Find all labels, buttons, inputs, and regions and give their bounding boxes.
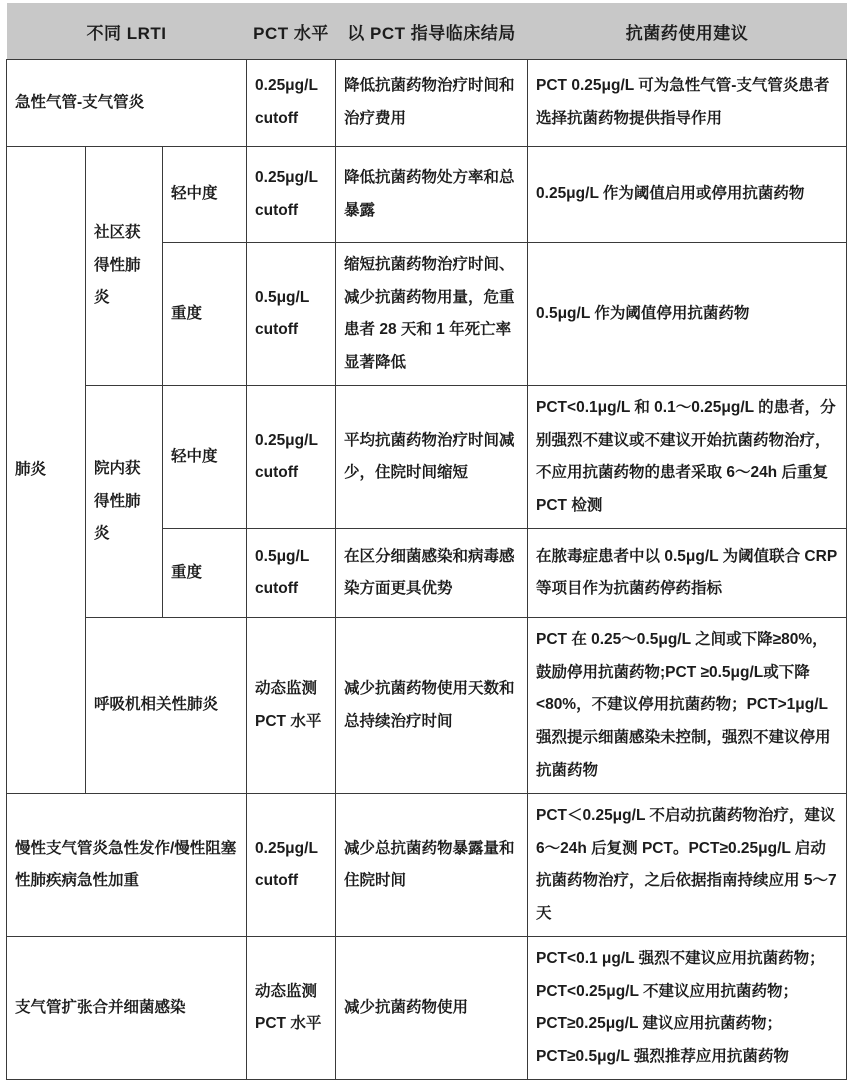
pct-lrti-table: 不同 LRTI PCT 水平 以 PCT 指导临床结局 抗菌药使用建议 急性气管… xyxy=(6,3,847,1000)
cell-chronic-advice: PCT＜0.25μg/L 不启动抗菌药物治疗，建议 6～24h 后复测 PCT。… xyxy=(528,794,847,937)
cell-acute-pct: 0.25μg/L cutoff xyxy=(247,60,336,147)
cell-pneumonia-group: 肺炎 xyxy=(7,147,86,794)
cell-hap-group: 院内获得性肺炎 xyxy=(86,386,163,618)
cell-vap-advice: PCT 在 0.25～0.5μg/L 之间或下降≥80%，鼓励停用抗菌药物;PC… xyxy=(528,618,847,794)
header-cell-outcome: 以 PCT 指导临床结局 xyxy=(336,3,528,60)
pct-guideline-sheet: 不同 LRTI PCT 水平 以 PCT 指导临床结局 抗菌药使用建议 急性气管… xyxy=(6,3,847,1000)
cell-cap-mild-severity: 轻中度 xyxy=(163,147,247,243)
cell-bronchiectasis-outcome: 减少抗菌药物使用 xyxy=(336,937,528,1000)
cell-hap-severe-severity: 重度 xyxy=(163,529,247,618)
cell-bronchiectasis-advice: PCT<0.1 μg/L 强烈不建议应用抗菌药物； PCT<0.25μg/L 不… xyxy=(528,937,847,1000)
header-cell-lrti: 不同 LRTI xyxy=(7,3,247,60)
cell-cap-mild-pct: 0.25μg/L cutoff xyxy=(247,147,336,243)
cell-hap-mild-pct: 0.25μg/L cutoff xyxy=(247,386,336,529)
cell-hap-mild-outcome: 平均抗菌药物治疗时间减少，住院时间缩短 xyxy=(336,386,528,529)
cell-hap-mild-severity: 轻中度 xyxy=(163,386,247,529)
header-cell-pct-level: PCT 水平 xyxy=(247,3,336,60)
cell-cap-mild-outcome: 降低抗菌药物处方率和总暴露 xyxy=(336,147,528,243)
cell-vap-pct: 动态监测 PCT 水平 xyxy=(247,618,336,794)
row-chronic-bronchitis: 慢性支气管炎急性发作/慢性阻塞性肺疾病急性加重 0.25μg/L cutoff … xyxy=(7,794,847,937)
cell-chronic-lrti: 慢性支气管炎急性发作/慢性阻塞性肺疾病急性加重 xyxy=(7,794,247,937)
cell-hap-severe-pct: 0.5μg/L cutoff xyxy=(247,529,336,618)
row-bronchiectasis: 支气管扩张合并细菌感染 动态监测 PCT 水平 减少抗菌药物使用 PCT<0.1… xyxy=(7,937,847,1000)
cell-hap-severe-outcome: 在区分细菌感染和病毒感染方面更具优势 xyxy=(336,529,528,618)
cell-cap-group: 社区获得性肺炎 xyxy=(86,147,163,386)
cell-chronic-pct: 0.25μg/L cutoff xyxy=(247,794,336,937)
row-acute-bronchitis: 急性气管-支气管炎 0.25μg/L cutoff 降低抗菌药物治疗时间和治疗费… xyxy=(7,60,847,147)
cell-acute-outcome: 降低抗菌药物治疗时间和治疗费用 xyxy=(336,60,528,147)
row-cap-mild: 肺炎 社区获得性肺炎 轻中度 0.25μg/L cutoff 降低抗菌药物处方率… xyxy=(7,147,847,243)
row-vap: 呼吸机相关性肺炎 动态监测 PCT 水平 减少抗菌药物使用天数和总持续治疗时间 … xyxy=(7,618,847,794)
cell-bronchiectasis-lrti: 支气管扩张合并细菌感染 xyxy=(7,937,247,1000)
cell-hap-mild-advice: PCT<0.1μg/L 和 0.1～0.25μg/L 的患者，分别强烈不建议或不… xyxy=(528,386,847,529)
cell-cap-severe-outcome: 缩短抗菌药物治疗时间、减少抗菌药物用量，危重患者 28 天和 1 年死亡率显著降… xyxy=(336,243,528,386)
cell-acute-lrti: 急性气管-支气管炎 xyxy=(7,60,247,147)
table-header-row: 不同 LRTI PCT 水平 以 PCT 指导临床结局 抗菌药使用建议 xyxy=(7,3,847,60)
cell-acute-advice: PCT 0.25μg/L 可为急性气管-支气管炎患者选择抗菌药物提供指导作用 xyxy=(528,60,847,147)
cell-cap-severe-pct: 0.5μg/L cutoff xyxy=(247,243,336,386)
cell-bronchiectasis-pct: 动态监测 PCT 水平 xyxy=(247,937,336,1000)
header-cell-advice: 抗菌药使用建议 xyxy=(528,3,847,60)
cell-chronic-outcome: 减少总抗菌药物暴露量和住院时间 xyxy=(336,794,528,937)
cell-cap-mild-advice: 0.25μg/L 作为阈值启用或停用抗菌药物 xyxy=(528,147,847,243)
cell-cap-severe-advice: 0.5μg/L 作为阈值停用抗菌药物 xyxy=(528,243,847,386)
cell-vap-outcome: 减少抗菌药物使用天数和总持续治疗时间 xyxy=(336,618,528,794)
row-hap-mild: 院内获得性肺炎 轻中度 0.25μg/L cutoff 平均抗菌药物治疗时间减少… xyxy=(7,386,847,529)
cell-hap-severe-advice: 在脓毒症患者中以 0.5μg/L 为阈值联合 CRP 等项目作为抗菌药停药指标 xyxy=(528,529,847,618)
cell-cap-severe-severity: 重度 xyxy=(163,243,247,386)
cell-vap-lrti: 呼吸机相关性肺炎 xyxy=(86,618,247,794)
